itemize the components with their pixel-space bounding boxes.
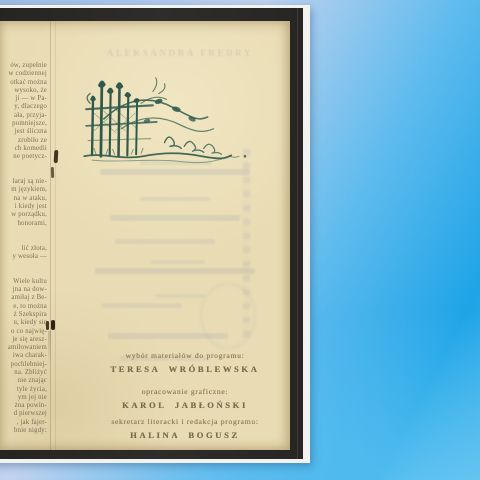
bleedthrough-text-ghost	[140, 197, 210, 201]
bleedthrough-title-ghost: ALEKSANDRA FREDRY	[60, 48, 290, 58]
credit-name-halina-bogusz: HALINA BOGUSZ	[55, 430, 290, 440]
bleedthrough-border-ghost	[243, 149, 250, 339]
scanned-photo: ów, zupełniew codziennejotkać możnawysok…	[0, 5, 310, 463]
bleedthrough-text-ghost	[95, 268, 255, 274]
bleedthrough-text-ghost	[115, 239, 215, 244]
credit-name-karol-jablonski: KAROL JABŁOŃSKI	[55, 400, 290, 410]
scan-dark-frame: ów, zupełniew codziennejotkać możnawysok…	[0, 8, 303, 459]
page-gutter-crease	[55, 21, 56, 450]
staple-mark	[46, 321, 49, 330]
staple-mark	[51, 167, 54, 178]
credit-label-selection: wybór materiałów do programu:	[55, 351, 290, 360]
fence-illustration	[82, 70, 254, 168]
ink-smear	[48, 331, 51, 367]
bleedthrough-text-ghost	[155, 294, 205, 298]
bleedthrough-text-ghost	[102, 303, 182, 308]
frame-highlight-line	[297, 8, 298, 459]
page-gutter-crease	[50, 21, 51, 450]
staple-mark	[54, 150, 59, 163]
bleedthrough-text-ghost	[100, 169, 250, 175]
credit-label-graphics: opracowanie graficzne:	[55, 387, 290, 396]
bleedthrough-text-ghost	[140, 161, 212, 165]
program-page: ów, zupełniew codziennejotkać możnawysok…	[0, 21, 290, 450]
staple-mark	[51, 320, 55, 330]
credit-label-secretary: sekretarz literacki i redakcja programu:	[55, 417, 290, 426]
adjacent-page-text-column: ów, zupełniew codziennejotkać możnawysok…	[0, 62, 47, 450]
bleedthrough-text-ghost	[110, 215, 240, 221]
credit-name-teresa-wroblewska: TERESA WRÓBLEWSKA	[55, 364, 290, 374]
screenshot-root: ów, zupełniew codziennejotkać możnawysok…	[0, 0, 480, 480]
bleedthrough-text-ghost	[150, 260, 205, 264]
